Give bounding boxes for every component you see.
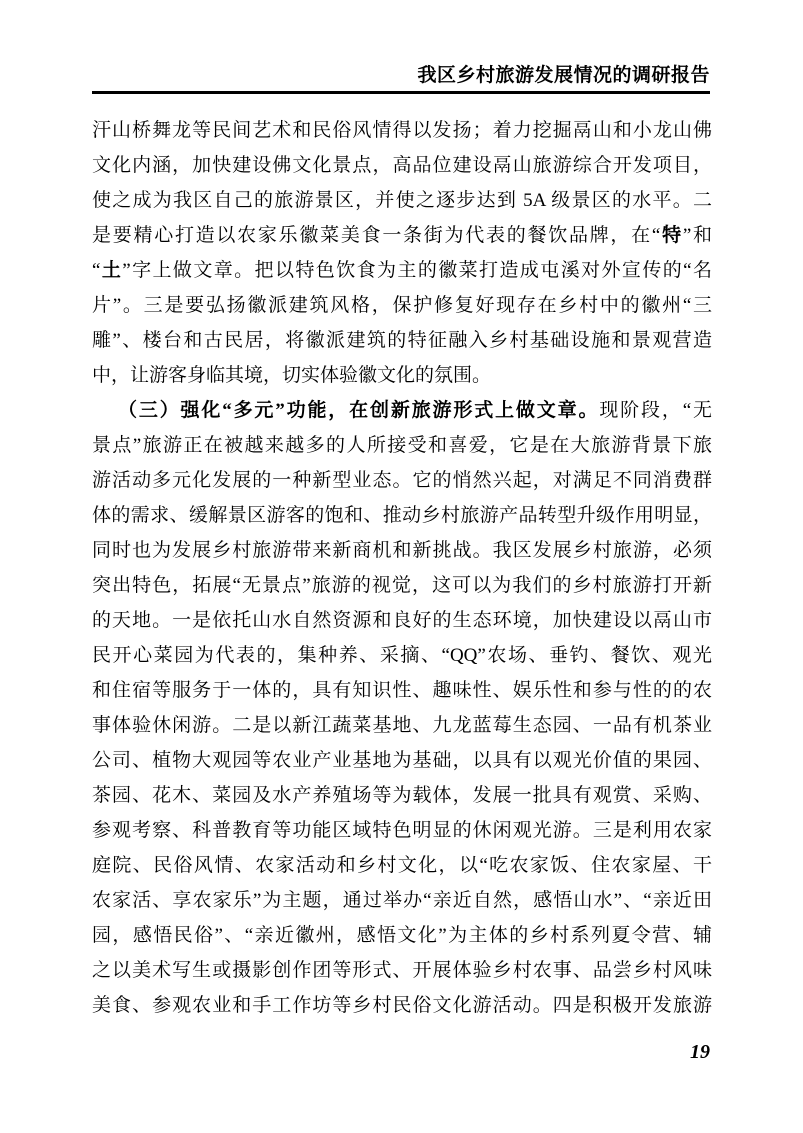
text-line-23: 农家活、享农家乐”为主题，通过举办“亲近自然，感悟山水”、“亲近田 <box>92 883 712 918</box>
text-line-25: 之以美术写生或摄影创作团等形式、开展体验乡村农事、品尝乡村风味 <box>92 953 712 988</box>
text-line-1: 汗山桥舞龙等民间艺术和民俗风情得以发扬；着力挖掘鬲山和小龙山佛 <box>92 113 712 148</box>
body-text-segment: 使之成为我区自己的旅游景区，并使之逐步达到 5A 级景区的水平。二 <box>92 190 712 211</box>
body-text-segment: 公司、植物大观园等农业产业基地为基础，以具有以观光价值的果园、 <box>92 750 712 771</box>
body-text-segment: 汗山桥舞龙等民间艺术和民俗风情得以发扬；着力挖掘鬲山和小龙山佛 <box>92 120 712 141</box>
body-text-segment: 文化内涵，加快建设佛文化景点，高品位建设鬲山旅游综合开发项目， <box>92 155 712 176</box>
text-line-6: 片”。三是要弘扬徽派建筑风格，保护修复好现存在乡村中的徽州“三 <box>92 288 712 323</box>
text-line-12: 体的需求、缓解景区游客的饱和、推动乡村旅游产品转型升级作用明显， <box>92 498 712 533</box>
text-line-3: 使之成为我区自己的旅游景区，并使之逐步达到 5A 级景区的水平。二 <box>92 183 712 218</box>
text-line-5: “土”字上做文章。把以特色饮食为主的徽菜打造成屯溪对外宣传的“名 <box>92 253 712 288</box>
body-text-segment: 游活动多元化发展的一种新型业态。它的悄然兴起，对满足不同消费群 <box>92 470 712 491</box>
text-line-15: 的天地。一是依托山水自然资源和良好的生态环境，加快建设以鬲山市 <box>92 603 712 638</box>
body-text-segment: 民开心菜园为代表的，集种养、采摘、“QQ”农场、垂钓、餐饮、观光 <box>92 645 712 666</box>
body-text-segment: 参观考察、科普教育等功能区域特色明显的休闲观光游。三是利用农家 <box>92 820 712 841</box>
body-text-segment: 雕”、楼台和古民居，将徽派建筑的特征融入乡村基础设施和景观营造 <box>92 330 712 351</box>
body-text-segment: 的天地。一是依托山水自然资源和良好的生态环境，加快建设以鬲山市 <box>92 610 712 631</box>
body-text-segment: 中，让游客身临其境，切实体验徽文化的氛围。 <box>92 365 491 386</box>
text-line-14: 突出特色，拓展“无景点”旅游的视觉，这可以为我们的乡村旅游打开新 <box>92 568 712 603</box>
body-text-segment: 突出特色，拓展“无景点”旅游的视觉，这可以为我们的乡村旅游打开新 <box>92 575 712 596</box>
text-line-4: 是要精心打造以农家乐徽菜美食一条街为代表的餐饮品牌，在“特”和 <box>92 218 712 253</box>
text-line-7: 雕”、楼台和古民居，将徽派建筑的特征融入乡村基础设施和景观营造 <box>92 323 712 358</box>
body-text-segment: 园，感悟民俗”、“亲近徽州，感悟文化”为主体的乡村系列夏令营、辅 <box>92 925 712 946</box>
body-text-segment: 事体验休闲游。二是以新江蔬菜基地、九龙蓝莓生态园、一品有机茶业 <box>92 715 712 736</box>
body-text-segment: ”字上做文章。把以特色饮食为主的徽菜打造成屯溪对外宣传的“名 <box>122 260 712 281</box>
text-line-26: 美食、参观农业和手工作坊等乡村民俗文化游活动。四是积极开发旅游 <box>92 988 712 1023</box>
body-text-segment: 景点”旅游正在被越来越多的人所接受和喜爱，它是在大旅游背景下旅 <box>92 435 712 456</box>
body-text-segment: 茶园、花木、菜园及水产养殖场等为载体，发展一批具有观赏、采购、 <box>92 785 712 806</box>
text-line-10: 景点”旅游正在被越来越多的人所接受和喜爱，它是在大旅游背景下旅 <box>92 428 712 463</box>
emphasis-text-segment: 特 <box>660 225 682 246</box>
text-line-8: 中，让游客身临其境，切实体验徽文化的氛围。 <box>92 358 712 393</box>
text-line-20: 茶园、花木、菜园及水产养殖场等为载体，发展一批具有观赏、采购、 <box>92 778 712 813</box>
body-text: 汗山桥舞龙等民间艺术和民俗风情得以发扬；着力挖掘鬲山和小龙山佛文化内涵，加快建设… <box>92 113 712 1023</box>
text-line-2: 文化内涵，加快建设佛文化景点，高品位建设鬲山旅游综合开发项目， <box>92 148 712 183</box>
text-line-17: 和住宿等服务于一体的，具有知识性、趣味性、娱乐性和参与性的的农 <box>92 673 712 708</box>
page-header-title: 我区乡村旅游发展情况的调研报告 <box>92 63 710 89</box>
body-text-segment: 农家活、享农家乐”为主题，通过举办“亲近自然，感悟山水”、“亲近田 <box>92 890 712 911</box>
emphasis-text-segment: 土 <box>100 260 122 281</box>
body-text-segment: 同时也为发展乡村旅游带来新商机和新挑战。我区发展乡村旅游，必须 <box>92 540 712 561</box>
body-text-segment: 庭院、民俗风情、农家活动和乡村文化，以“吃农家饭、住农家屋、干 <box>92 855 712 876</box>
body-text-segment: 是要精心打造以农家乐徽菜美食一条街为代表的餐饮品牌，在“ <box>92 225 660 246</box>
document-page: 我区乡村旅游发展情况的调研报告 汗山桥舞龙等民间艺术和民俗风情得以发扬；着力挖掘… <box>0 0 803 1133</box>
text-line-16: 民开心菜园为代表的，集种养、采摘、“QQ”农场、垂钓、餐饮、观光 <box>92 638 712 673</box>
header-rule <box>92 91 710 94</box>
body-text-segment: 片”。三是要弘扬徽派建筑风格，保护修复好现存在乡村中的徽州“三 <box>92 295 712 316</box>
text-line-9: （三）强化“多元”功能，在创新旅游形式上做文章。现阶段，“无 <box>92 393 712 428</box>
page-number: 19 <box>690 1040 710 1064</box>
body-text-segment: 美食、参观农业和手工作坊等乡村民俗文化游活动。四是积极开发旅游 <box>92 995 712 1016</box>
text-line-21: 参观考察、科普教育等功能区域特色明显的休闲观光游。三是利用农家 <box>92 813 712 848</box>
body-text-segment: ”和 <box>683 225 712 246</box>
body-text-segment: 体的需求、缓解景区游客的饱和、推动乡村旅游产品转型升级作用明显， <box>92 505 712 526</box>
text-line-19: 公司、植物大观园等农业产业基地为基础，以具有以观光价值的果园、 <box>92 743 712 778</box>
text-line-18: 事体验休闲游。二是以新江蔬菜基地、九龙蓝莓生态园、一品有机茶业 <box>92 708 712 743</box>
text-line-13: 同时也为发展乡村旅游带来新商机和新挑战。我区发展乡村旅游，必须 <box>92 533 712 568</box>
text-line-24: 园，感悟民俗”、“亲近徽州，感悟文化”为主体的乡村系列夏令营、辅 <box>92 918 712 953</box>
body-text-segment: 之以美术写生或摄影创作团等形式、开展体验乡村农事、品尝乡村风味 <box>92 960 712 981</box>
emphasis-text-segment: （三）强化“多元”功能，在创新旅游形式上做文章。 <box>118 400 599 421</box>
text-line-22: 庭院、民俗风情、农家活动和乡村文化，以“吃农家饭、住农家屋、干 <box>92 848 712 883</box>
body-text-segment: 现阶段，“无 <box>599 400 712 421</box>
body-text-segment: 和住宿等服务于一体的，具有知识性、趣味性、娱乐性和参与性的的农 <box>92 680 712 701</box>
text-line-11: 游活动多元化发展的一种新型业态。它的悄然兴起，对满足不同消费群 <box>92 463 712 498</box>
